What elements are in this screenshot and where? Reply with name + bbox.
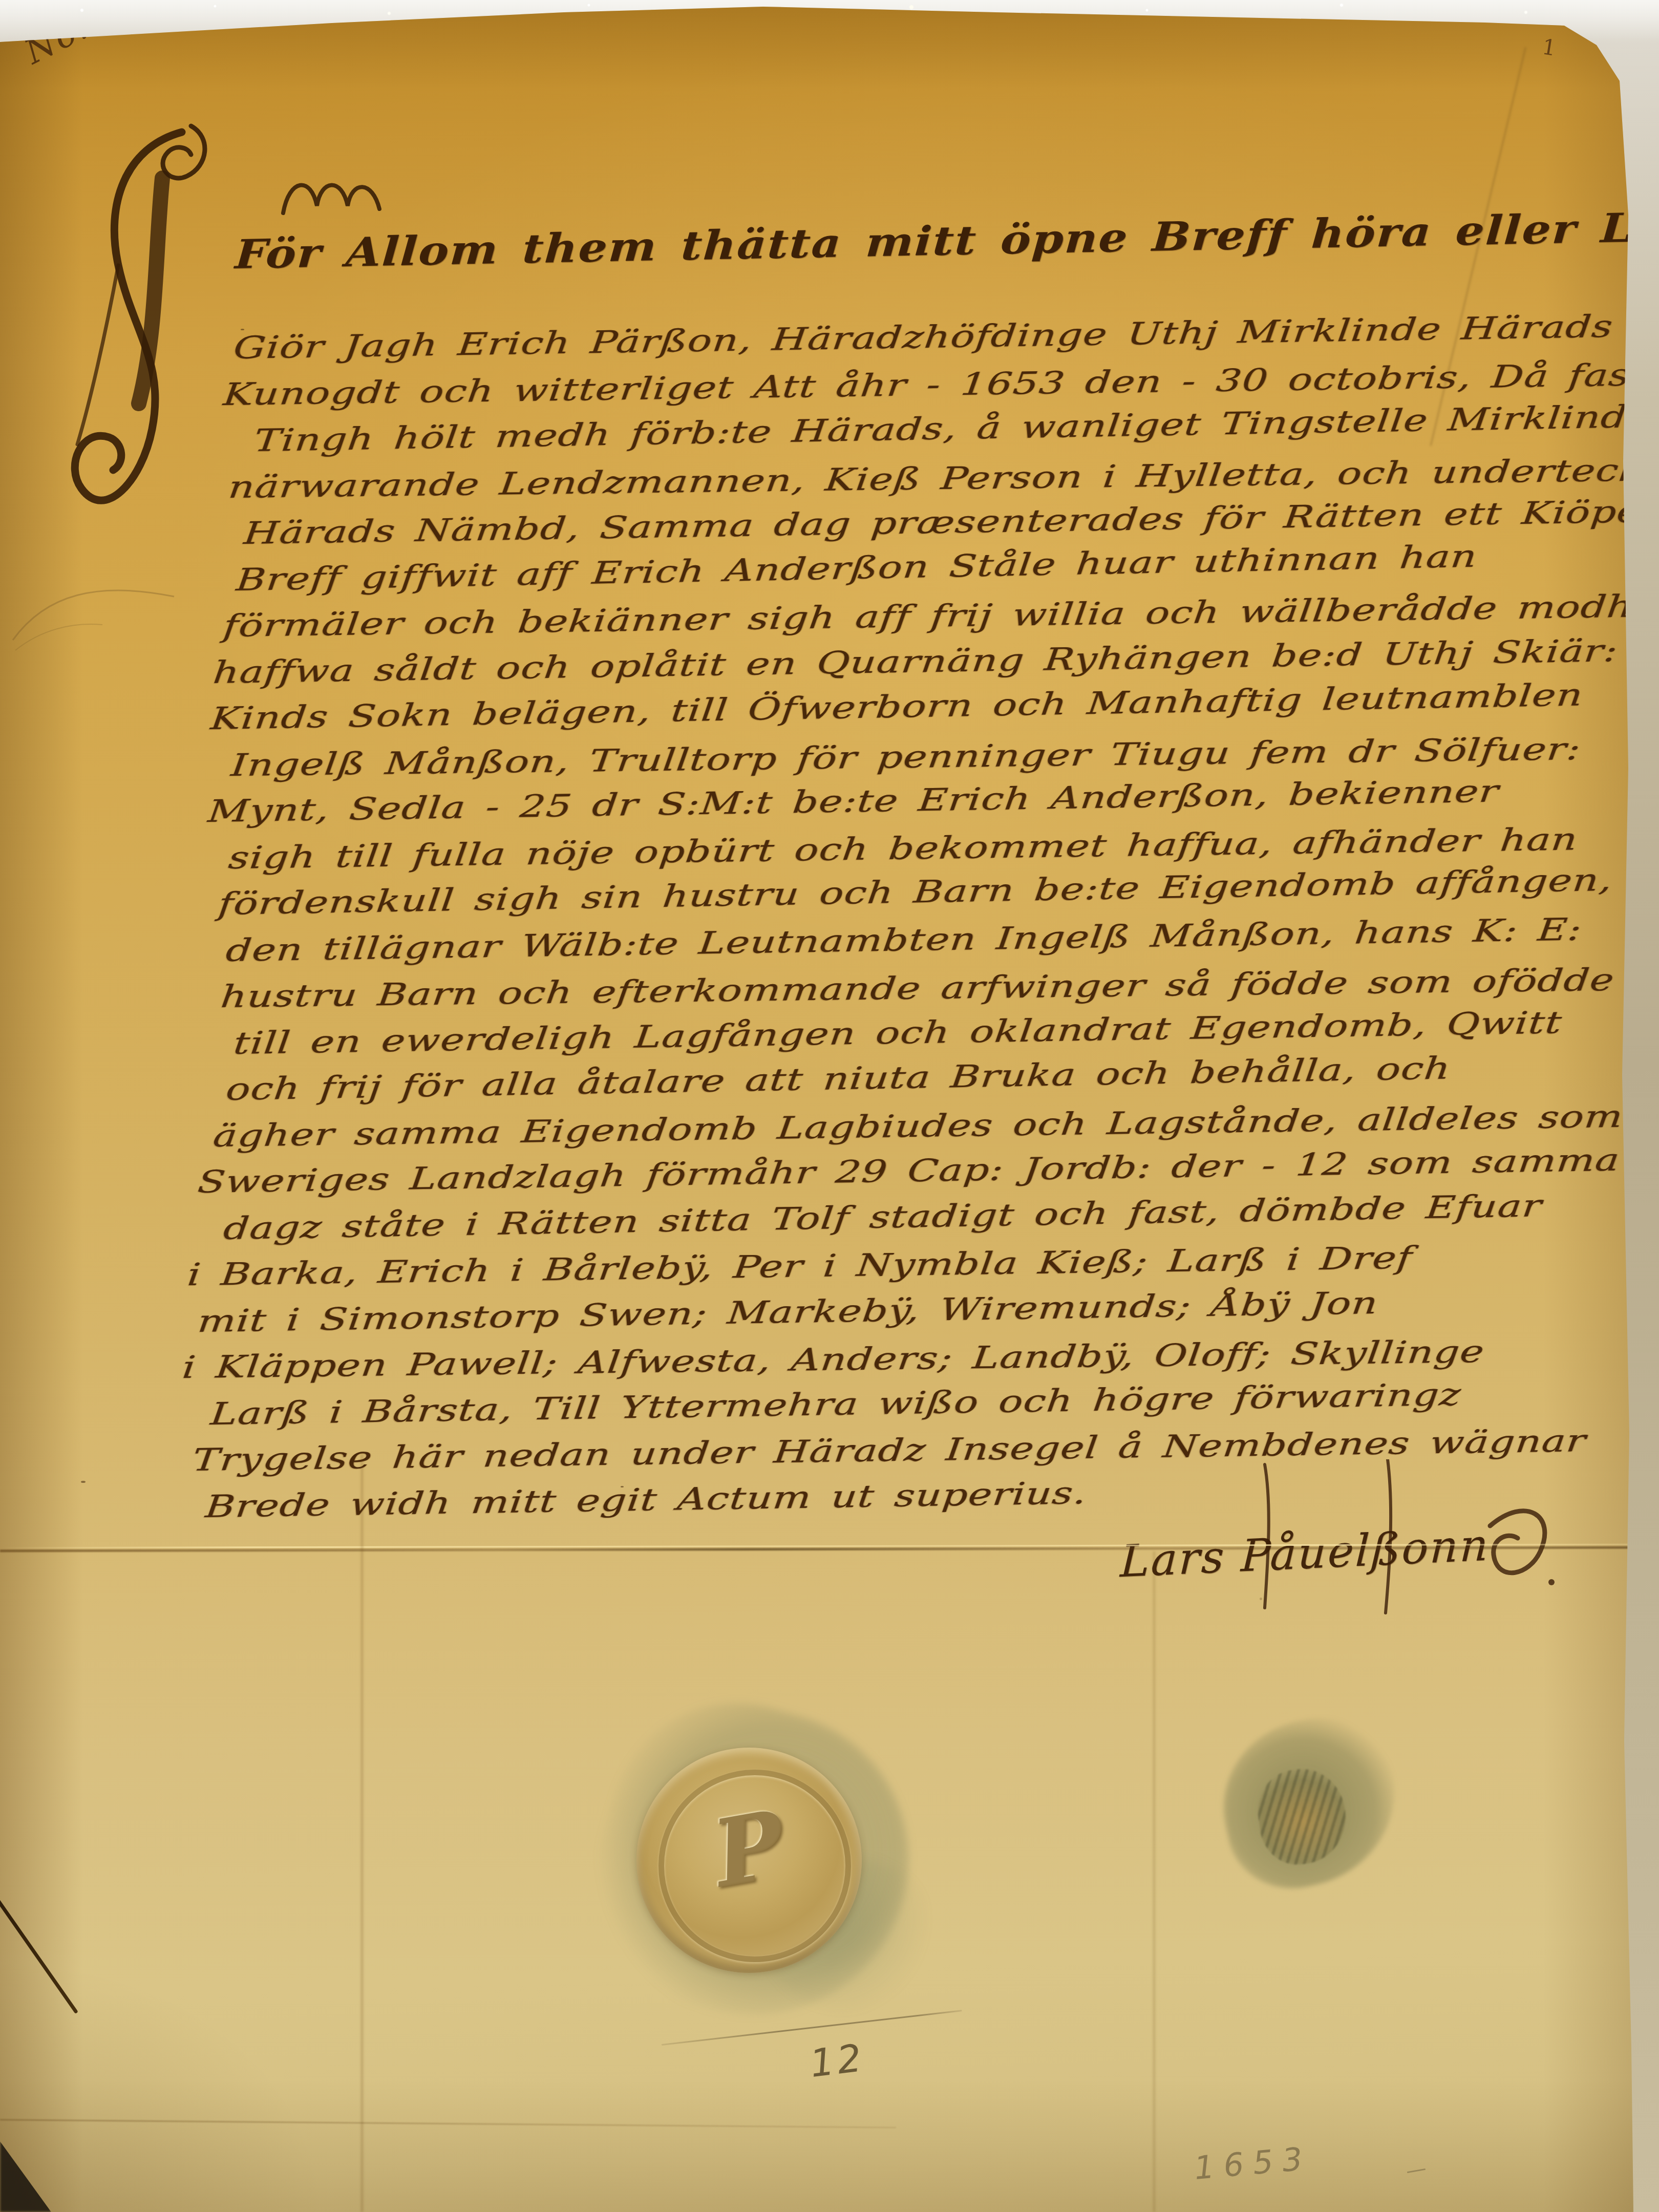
pencil-dash bbox=[1407, 2168, 1426, 2173]
manuscript-line: Giör Jagh Erich Pärßon, Häradzhöfdinge U… bbox=[232, 309, 1614, 366]
photographed-manuscript-page: No. 36. 1 För Allom them thätta mitt öpn… bbox=[0, 0, 1659, 2212]
manuscript-line: mit i Simonstorp Swen; Markebÿ, Wiremund… bbox=[196, 1285, 1379, 1339]
opening-line: För Allom them thätta mitt öpne Breff hö… bbox=[234, 197, 1659, 278]
pencil-year-1653: 1653 bbox=[1193, 2139, 1313, 2187]
small-seal-smudge bbox=[1223, 1720, 1397, 1884]
manuscript-line: den tillägnar Wälb:te Leutnambten Ingelß… bbox=[224, 911, 1584, 969]
manuscript-line: Mynt, Sedla - 25 dr S:M:t be:te Erich An… bbox=[206, 773, 1500, 829]
manuscript-line: och frij för alla åtalare att niuta Bruk… bbox=[224, 1050, 1452, 1108]
page-number: 1 bbox=[1540, 34, 1558, 61]
paper-speck bbox=[241, 329, 244, 330]
paper-speck bbox=[1260, 1598, 1262, 1600]
paper-speck bbox=[621, 1486, 624, 1487]
margin-scribble bbox=[10, 568, 195, 661]
manuscript-line: Brede widh mitt egit Actum ut superius. bbox=[204, 1475, 1089, 1524]
manuscript-line: i Kläppen Pawell; Alfwesta, Anders; Land… bbox=[181, 1334, 1486, 1386]
vertical-crease-right bbox=[1153, 1551, 1155, 2212]
paper-speck bbox=[81, 1481, 86, 1483]
manuscript-line: Larß i Bårsta, Till Yttermehra wißo och … bbox=[209, 1376, 1463, 1432]
large-embossed-seal: P bbox=[629, 1740, 869, 1981]
corner-shadow bbox=[0, 2141, 51, 2212]
manuscript-body: Giör Jagh Erich Pärßon, Häradzhöfdinge U… bbox=[225, 330, 1659, 1569]
opening-swash bbox=[279, 169, 392, 225]
pencil-number-12: 12 bbox=[807, 2036, 867, 2086]
archival-number: No. 36. bbox=[18, 0, 160, 72]
stray-ink-stroke bbox=[0, 1899, 78, 2014]
manuscript-line: i Barka, Erich i Bårlebÿ, Per i Nymbla K… bbox=[186, 1240, 1414, 1293]
bottom-crease bbox=[0, 2119, 896, 2128]
calligraphic-initial-flourish bbox=[28, 117, 233, 542]
paper-sheet: No. 36. 1 För Allom them thätta mitt öpn… bbox=[0, 0, 1659, 2212]
pencil-underline bbox=[662, 2010, 962, 2046]
